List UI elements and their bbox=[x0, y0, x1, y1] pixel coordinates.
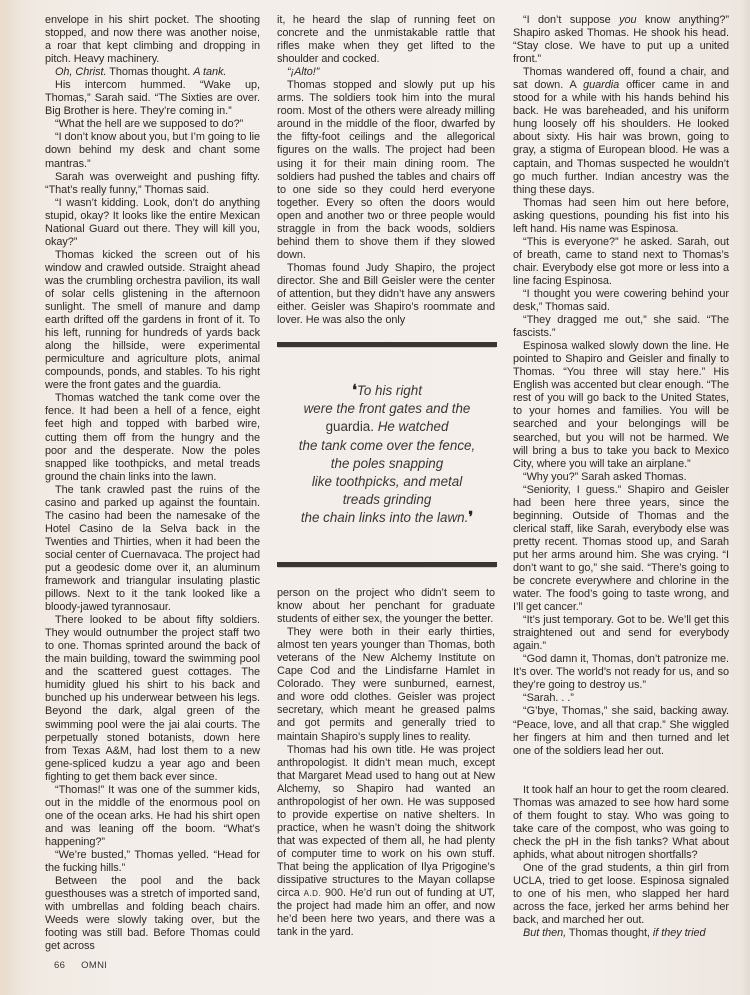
emphasis-text: you bbox=[619, 14, 636, 26]
paragraph: Between the pool and the back guesthouse… bbox=[45, 875, 260, 953]
paragraph: “God damn it, Thomas, don’t patronize me… bbox=[513, 653, 729, 692]
thought-text: A tank. bbox=[193, 66, 226, 78]
thought-text: But then, bbox=[523, 927, 566, 939]
text-column-3: “I don’t suppose you know anything?” Sha… bbox=[513, 14, 729, 940]
paragraph: “This is everyone?” he asked. Sarah, out… bbox=[513, 236, 729, 288]
paragraph: One of the grad students, a thin girl fr… bbox=[513, 862, 729, 927]
era-abbrev: A.D. bbox=[304, 889, 322, 898]
paragraph-text: Thomas had his own title. He was project… bbox=[277, 744, 495, 900]
pull-quote-text: ❛To his right were the front gates and t… bbox=[277, 382, 497, 528]
paragraph: “What the hell are we supposed to do?” bbox=[45, 118, 260, 131]
paragraph: Thomas had his own title. He was project… bbox=[277, 744, 495, 940]
pull-quote-bottom-rule bbox=[277, 562, 497, 567]
shout-text: “¡Alto!” bbox=[287, 66, 319, 78]
paragraph: Thomas kicked the screen out of his wind… bbox=[45, 249, 260, 393]
pull-quote-line: the poles snapping bbox=[331, 456, 443, 471]
pull-quote-line: like toothpicks, and metal bbox=[312, 474, 462, 489]
magazine-page: envelope in his shirt pocket. The shooti… bbox=[0, 0, 750, 995]
close-quote-icon: ❜ bbox=[468, 509, 473, 526]
paragraph: “Why you?” Sarah asked Thomas. bbox=[513, 471, 729, 484]
page-number: 66 bbox=[54, 960, 65, 971]
paragraph: They were both in their early thirties, … bbox=[277, 626, 495, 743]
paragraph: “I don’t suppose you know anything?” Sha… bbox=[513, 14, 729, 66]
paragraph: The tank crawled past the ruins of the c… bbox=[45, 484, 260, 614]
page-folio: 66OMNI bbox=[54, 960, 123, 971]
paragraph: His intercom hummed. “Wake up, Thomas,” … bbox=[45, 79, 260, 118]
paragraph-italic-thought: Oh, Christ. Thomas thought. A tank. bbox=[45, 66, 260, 79]
pull-quote-top-rule bbox=[277, 342, 497, 347]
pull-quote-line: treads grinding bbox=[343, 492, 432, 507]
paragraph: “We’re busted,” Thomas yelled. “Head for… bbox=[45, 849, 260, 875]
paragraph: “I wasn’t kidding. Look, don’t do anythi… bbox=[45, 197, 260, 249]
paragraph: “Thomas!” It was one of the summer kids,… bbox=[45, 784, 260, 849]
paragraph: “They dragged me out,” she said. “The fa… bbox=[513, 314, 729, 340]
pull-quote-line: guardia. bbox=[326, 419, 374, 434]
paragraph: Thomas watched the tank come over the fe… bbox=[45, 392, 260, 483]
paragraph: person on the project who didn’t seem to… bbox=[277, 587, 495, 626]
paragraph: “Sarah. . .” bbox=[513, 692, 729, 705]
paragraph: Thomas had seen him out here before, ask… bbox=[513, 197, 729, 236]
pull-quote-line: were the front gates and the bbox=[304, 401, 471, 416]
emphasis-text: guardia bbox=[583, 79, 619, 91]
paragraph: “I thought you were cowering behind your… bbox=[513, 288, 729, 314]
pull-quote-line: To his right bbox=[357, 383, 422, 398]
paragraph: It took half an hour to get the room cle… bbox=[513, 784, 729, 862]
pull-quote-line: the chain links into the lawn. bbox=[301, 510, 468, 525]
paragraph: Espinosa walked slowly down the line. He… bbox=[513, 340, 729, 470]
paragraph: “Seniority, I guess.” Shapiro and Geisle… bbox=[513, 484, 729, 614]
paragraph-italic-thought: But then, Thomas thought, if they tried bbox=[513, 927, 729, 940]
paragraph: There looked to be about fifty soldiers.… bbox=[45, 614, 260, 784]
pull-quote-line: He watched bbox=[374, 419, 448, 434]
text-column-2-bottom: person on the project who didn’t seem to… bbox=[277, 587, 495, 939]
paragraph: “It’s just temporary. Got to be. We’ll g… bbox=[513, 614, 729, 653]
paragraph: “G’bye, Thomas,” she said, backing away.… bbox=[513, 705, 729, 757]
pull-quote-line: the tank come over the fence, bbox=[299, 438, 475, 453]
thought-text: Oh, Christ. bbox=[55, 66, 107, 78]
paragraph: Sarah was overweight and pushing fifty. … bbox=[45, 171, 260, 197]
magazine-name: OMNI bbox=[81, 960, 107, 971]
text-column-2-top: it, he heard the slap of running feet on… bbox=[277, 14, 495, 327]
paragraph: envelope in his shirt pocket. The shooti… bbox=[45, 14, 260, 66]
paragraph: “I don’t know about you, but I’m going t… bbox=[45, 131, 260, 170]
text-column-1: envelope in his shirt pocket. The shooti… bbox=[45, 14, 260, 953]
section-break bbox=[513, 758, 729, 784]
paragraph: Thomas stopped and slowly put up his arm… bbox=[277, 79, 495, 262]
thought-text: if they tried bbox=[653, 927, 706, 939]
paragraph-italic: “¡Alto!” bbox=[277, 66, 495, 79]
pull-quote: ❛To his right were the front gates and t… bbox=[277, 342, 497, 572]
paragraph: Thomas wandered off, found a chair, and … bbox=[513, 66, 729, 196]
paragraph: Thomas found Judy Shapiro, the project d… bbox=[277, 262, 495, 327]
paragraph: it, he heard the slap of running feet on… bbox=[277, 14, 495, 66]
